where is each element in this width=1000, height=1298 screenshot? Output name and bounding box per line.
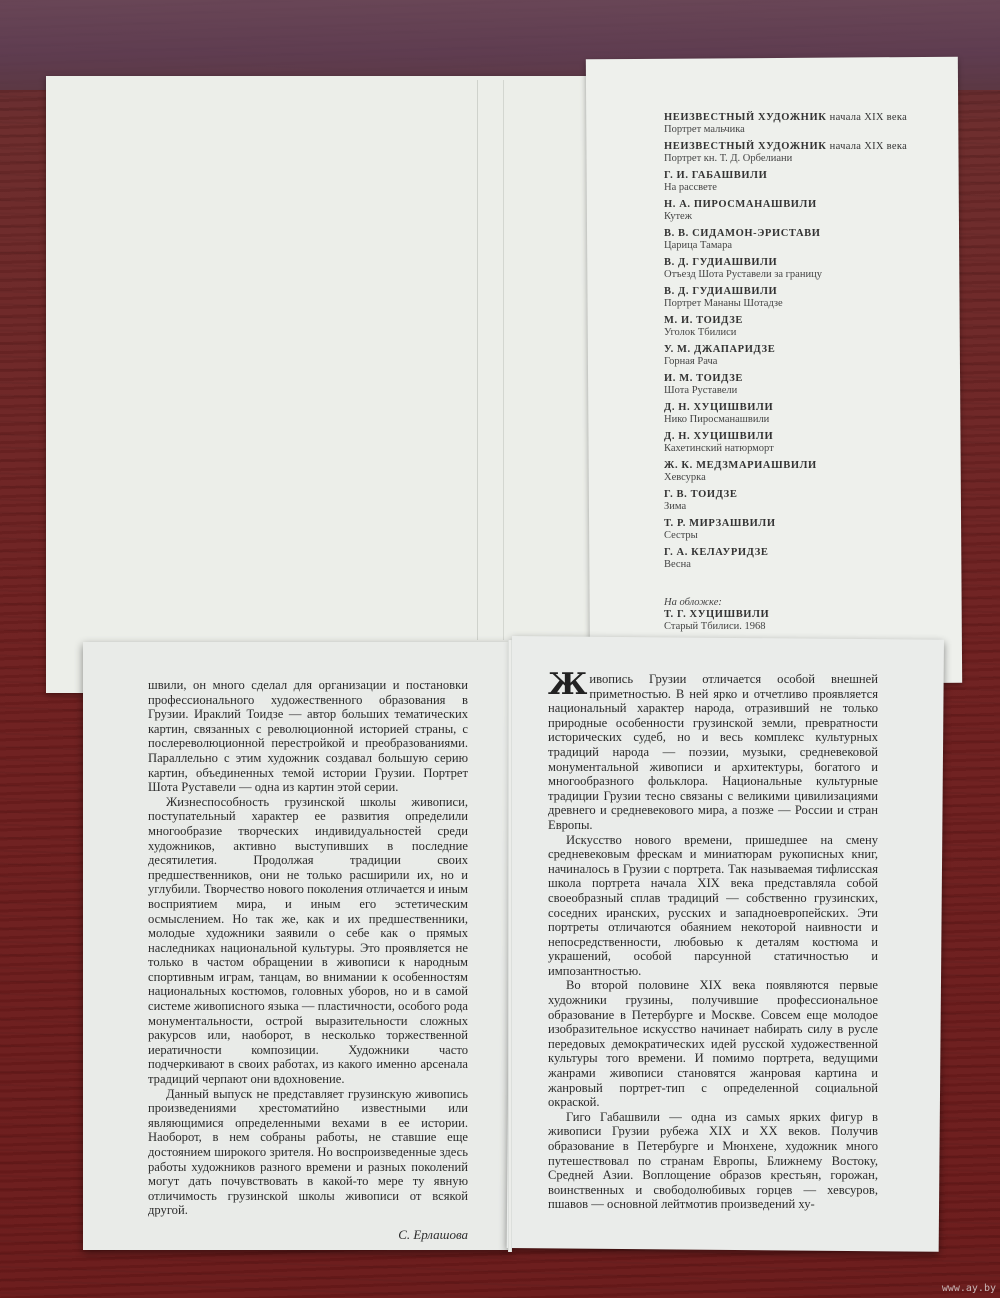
paragraph-text: Гиго Габашвили — одна из самых ярких фиг… (548, 1110, 878, 1212)
artist-name-text: НЕИЗВЕСТНЫЙ ХУДОЖНИК (664, 141, 826, 152)
work-title: Горная Рача (664, 356, 964, 368)
left-page-text: швили, он много сделал для организации и… (148, 678, 468, 1243)
artist-name-text: У. М. ДЖАПАРИДЗЕ (664, 344, 775, 355)
work-title: Царица Тамара (664, 240, 964, 252)
contents-entry: В. Д. ГУДИАШВИЛИОтъезд Шота Руставели за… (664, 257, 964, 281)
paragraph: Данный выпуск не представляет грузинскую… (148, 1087, 468, 1218)
artist-name: Г. И. ГАБАШВИЛИ (664, 170, 964, 182)
artist-name: В. В. СИДАМОН-ЭРИСТАВИ (664, 228, 964, 240)
folder-spine-crease (477, 80, 478, 640)
work-title: Нико Пиросманашвили (664, 414, 964, 426)
paragraph-text: Искусство нового времени, пришедшее на с… (548, 833, 878, 978)
work-title: Портрет кн. Т. Д. Орбелиани (664, 153, 964, 165)
brochure-fold (508, 640, 512, 1252)
paragraph-text: ивопись Грузии отличается особой внешней… (548, 672, 878, 832)
artist-name-text: Г. И. ГАБАШВИЛИ (664, 170, 767, 181)
artist-name: Н. А. ПИРОСМАНАШВИЛИ (664, 199, 964, 211)
folder-inner-left-panel (46, 76, 594, 693)
contents-entry: И. М. ТОИДЗЕШота Руставели (664, 373, 964, 397)
artist-name: Т. Р. МИРЗАШВИЛИ (664, 518, 964, 530)
paragraph: Живопись Грузии отличается особой внешне… (548, 672, 878, 833)
artist-name: Ж. К. МЕДЗМАРИАШВИЛИ (664, 460, 964, 472)
watermark: www.ay.by (942, 1283, 996, 1294)
artist-name: И. М. ТОИДЗЕ (664, 373, 964, 385)
paragraph: Во второй половине XIX века появляются п… (548, 978, 878, 1109)
artist-name: М. И. ТОИДЗЕ (664, 315, 964, 327)
contents-entry: Т. Р. МИРЗАШВИЛИСестры (664, 518, 964, 542)
contents-entry: Г. А. КЕЛАУРИДЗЕВесна (664, 547, 964, 571)
contents-entry: НЕИЗВЕСТНЫЙ ХУДОЖНИК начала XIX векаПорт… (664, 112, 964, 136)
work-title: Хевсурка (664, 472, 964, 484)
artist-name: В. Д. ГУДИАШВИЛИ (664, 286, 964, 298)
contents-entry: В. Д. ГУДИАШВИЛИПортрет Мананы Шотадзе (664, 286, 964, 310)
contents-entry: Н. А. ПИРОСМАНАШВИЛИКутеж (664, 199, 964, 223)
drop-cap: Ж (548, 673, 587, 697)
artist-name-text: НЕИЗВЕСТНЫЙ ХУДОЖНИК (664, 112, 826, 123)
work-title: Весна (664, 559, 964, 571)
cover-work: Старый Тбилиси. 1968 (664, 621, 964, 633)
artist-name-text: В. В. СИДАМОН-ЭРИСТАВИ (664, 228, 821, 239)
artist-period: начала XIX века (830, 112, 907, 123)
cover-credit: На обложке:Т. Г. ХУЦИШВИЛИСтарый Тбилиси… (664, 597, 964, 633)
contents-entry: НЕИЗВЕСТНЫЙ ХУДОЖНИК начала XIX векаПорт… (664, 141, 964, 165)
artist-name-text: Г. А. КЕЛАУРИДЗЕ (664, 547, 768, 558)
contents-entry: Д. Н. ХУЦИШВИЛИНико Пиросманашвили (664, 402, 964, 426)
artist-name: НЕИЗВЕСТНЫЙ ХУДОЖНИК начала XIX века (664, 141, 964, 153)
contents-entry: Г. И. ГАБАШВИЛИНа рассвете (664, 170, 964, 194)
work-title: Кутеж (664, 211, 964, 223)
contents-list: НЕИЗВЕСТНЫЙ ХУДОЖНИК начала XIX векаПорт… (664, 112, 964, 633)
artist-name-text: М. И. ТОИДЗЕ (664, 315, 743, 326)
paragraph: Жизнеспособность грузинской школы живопи… (148, 795, 468, 1087)
artist-name-text: Т. Р. МИРЗАШВИЛИ (664, 518, 776, 529)
author-signature: С. Ерлашова (148, 1228, 468, 1243)
artist-name: У. М. ДЖАПАРИДЗЕ (664, 344, 964, 356)
contents-entry: У. М. ДЖАПАРИДЗЕГорная Рача (664, 344, 964, 368)
work-title: Портрет мальчика (664, 124, 964, 136)
artist-period: начала XIX века (830, 141, 907, 152)
contents-entry: Г. В. ТОИДЗЕЗима (664, 489, 964, 513)
artist-name: Д. Н. ХУЦИШВИЛИ (664, 402, 964, 414)
artist-name: В. Д. ГУДИАШВИЛИ (664, 257, 964, 269)
artist-name: Д. Н. ХУЦИШВИЛИ (664, 431, 964, 443)
work-title: Сестры (664, 530, 964, 542)
work-title: Шота Руставели (664, 385, 964, 397)
artist-name-text: В. Д. ГУДИАШВИЛИ (664, 257, 777, 268)
paragraph: Искусство нового времени, пришедшее на с… (548, 833, 878, 979)
paragraph: Гиго Габашвили — одна из самых ярких фиг… (548, 1110, 878, 1212)
artist-name-text: Н. А. ПИРОСМАНАШВИЛИ (664, 199, 817, 210)
contents-entry: М. И. ТОИДЗЕУголок Тбилиси (664, 315, 964, 339)
artist-name-text: В. Д. ГУДИАШВИЛИ (664, 286, 777, 297)
artist-name: НЕИЗВЕСТНЫЙ ХУДОЖНИК начала XIX века (664, 112, 964, 124)
paragraph-text: Во второй половине XIX века появляются п… (548, 978, 878, 1109)
artist-name-text: Д. Н. ХУЦИШВИЛИ (664, 402, 773, 413)
cover-artist: Т. Г. ХУЦИШВИЛИ (664, 609, 964, 621)
contents-entry: Ж. К. МЕДЗМАРИАШВИЛИХевсурка (664, 460, 964, 484)
artist-name-text: Ж. К. МЕДЗМАРИАШВИЛИ (664, 460, 817, 471)
work-title: Отъезд Шота Руставели за границу (664, 269, 964, 281)
artist-name: Г. А. КЕЛАУРИДЗЕ (664, 547, 964, 559)
folder-spine-crease (503, 80, 504, 640)
work-title: Портрет Мананы Шотадзе (664, 298, 964, 310)
right-page-text: Живопись Грузии отличается особой внешне… (548, 672, 878, 1212)
cover-label: На обложке: (664, 597, 964, 609)
work-title: Кахетинский натюрморт (664, 443, 964, 455)
work-title: Уголок Тбилиси (664, 327, 964, 339)
work-title: На рассвете (664, 182, 964, 194)
artist-name-text: Д. Н. ХУЦИШВИЛИ (664, 431, 773, 442)
contents-entry: Д. Н. ХУЦИШВИЛИКахетинский натюрморт (664, 431, 964, 455)
artist-name-text: Г. В. ТОИДЗЕ (664, 489, 737, 500)
contents-entry: В. В. СИДАМОН-ЭРИСТАВИЦарица Тамара (664, 228, 964, 252)
work-title: Зима (664, 501, 964, 513)
artist-name: Г. В. ТОИДЗЕ (664, 489, 964, 501)
paragraph: швили, он много сделал для организации и… (148, 678, 468, 795)
artist-name-text: И. М. ТОИДЗЕ (664, 373, 743, 384)
